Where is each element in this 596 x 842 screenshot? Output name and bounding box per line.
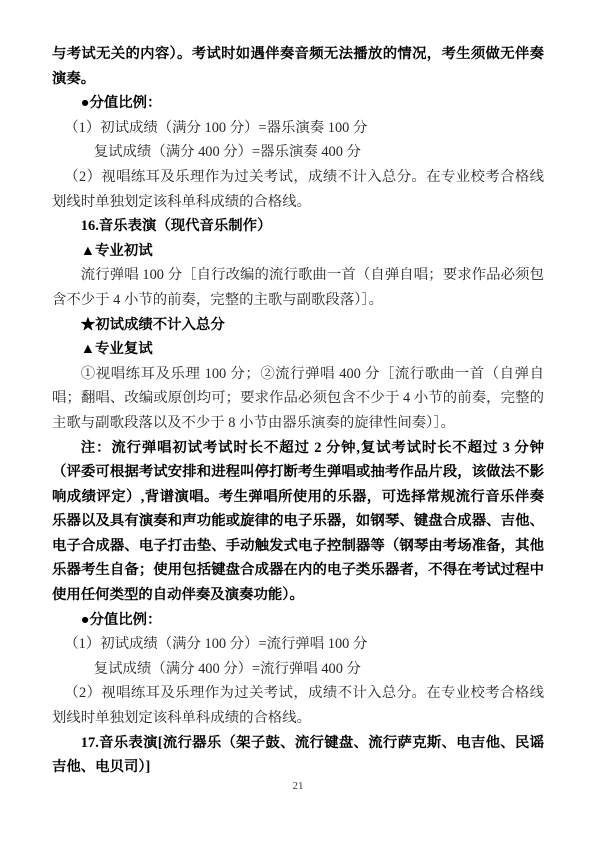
initial-exam-content: 流行弹唱 100 分［自行改编的流行歌曲一首（自弹自唱；要求作品必须包含不少于 … xyxy=(52,263,544,312)
initial-score-note: ★初试成绩不计入总分 xyxy=(52,313,544,338)
page-number: 21 xyxy=(0,779,596,793)
para-exam-note-continuation: 与考试无关的内容）。考试时如遇伴奏音频无法播放的情况，考生须做无伴奏演奏。 xyxy=(52,42,544,91)
score-item-2-initial: （1）初试成绩（满分 100 分）=流行弹唱 100 分 xyxy=(52,632,544,657)
section-16-heading: 16.音乐表演（现代音乐制作） xyxy=(52,214,544,239)
document-page: 与考试无关的内容）。考试时如遇伴奏音频无法播放的情况，考生须做无伴奏演奏。 ●分… xyxy=(0,0,596,842)
score-ratio-heading-2: ●分值比例： xyxy=(52,608,544,633)
score-item-2-solfeggio: （2）视唱练耳及乐理作为过关考试，成绩不计入总分。在专业校考合格线划线时单独划定… xyxy=(52,681,544,730)
document-body: 与考试无关的内容）。考试时如遇伴奏音频无法播放的情况，考生须做无伴奏演奏。 ●分… xyxy=(52,42,544,780)
section-17-heading: 17.音乐表演[流行器乐（架子鼓、流行键盘、流行萨克斯、电吉他、民谣吉他、电贝司… xyxy=(52,731,544,780)
score-ratio-heading-1: ●分值比例： xyxy=(52,91,544,116)
exam-duration-note: 注：流行弹唱初试考试时长不超过 2 分钟,复试考试时长不超过 3 分钟（评委可根… xyxy=(52,436,544,608)
retest-heading: ▲专业复试 xyxy=(52,337,544,362)
score-item-1-solfeggio: （2）视唱练耳及乐理作为过关考试，成绩不计入总分。在专业校考合格线划线时单独划定… xyxy=(52,165,544,214)
score-item-1-initial: （1）初试成绩（满分 100 分）=器乐演奏 100 分 xyxy=(52,116,544,141)
retest-content: ①视唱练耳及乐理 100 分；②流行弹唱 400 分［流行歌曲一首（自弹自唱；翻… xyxy=(52,362,544,436)
score-item-2-retest: 复试成绩（满分 400 分）=流行弹唱 400 分 xyxy=(52,657,544,682)
initial-exam-heading: ▲专业初试 xyxy=(52,239,544,264)
score-item-1-retest: 复试成绩（满分 400 分）=器乐演奏 400 分 xyxy=(52,140,544,165)
